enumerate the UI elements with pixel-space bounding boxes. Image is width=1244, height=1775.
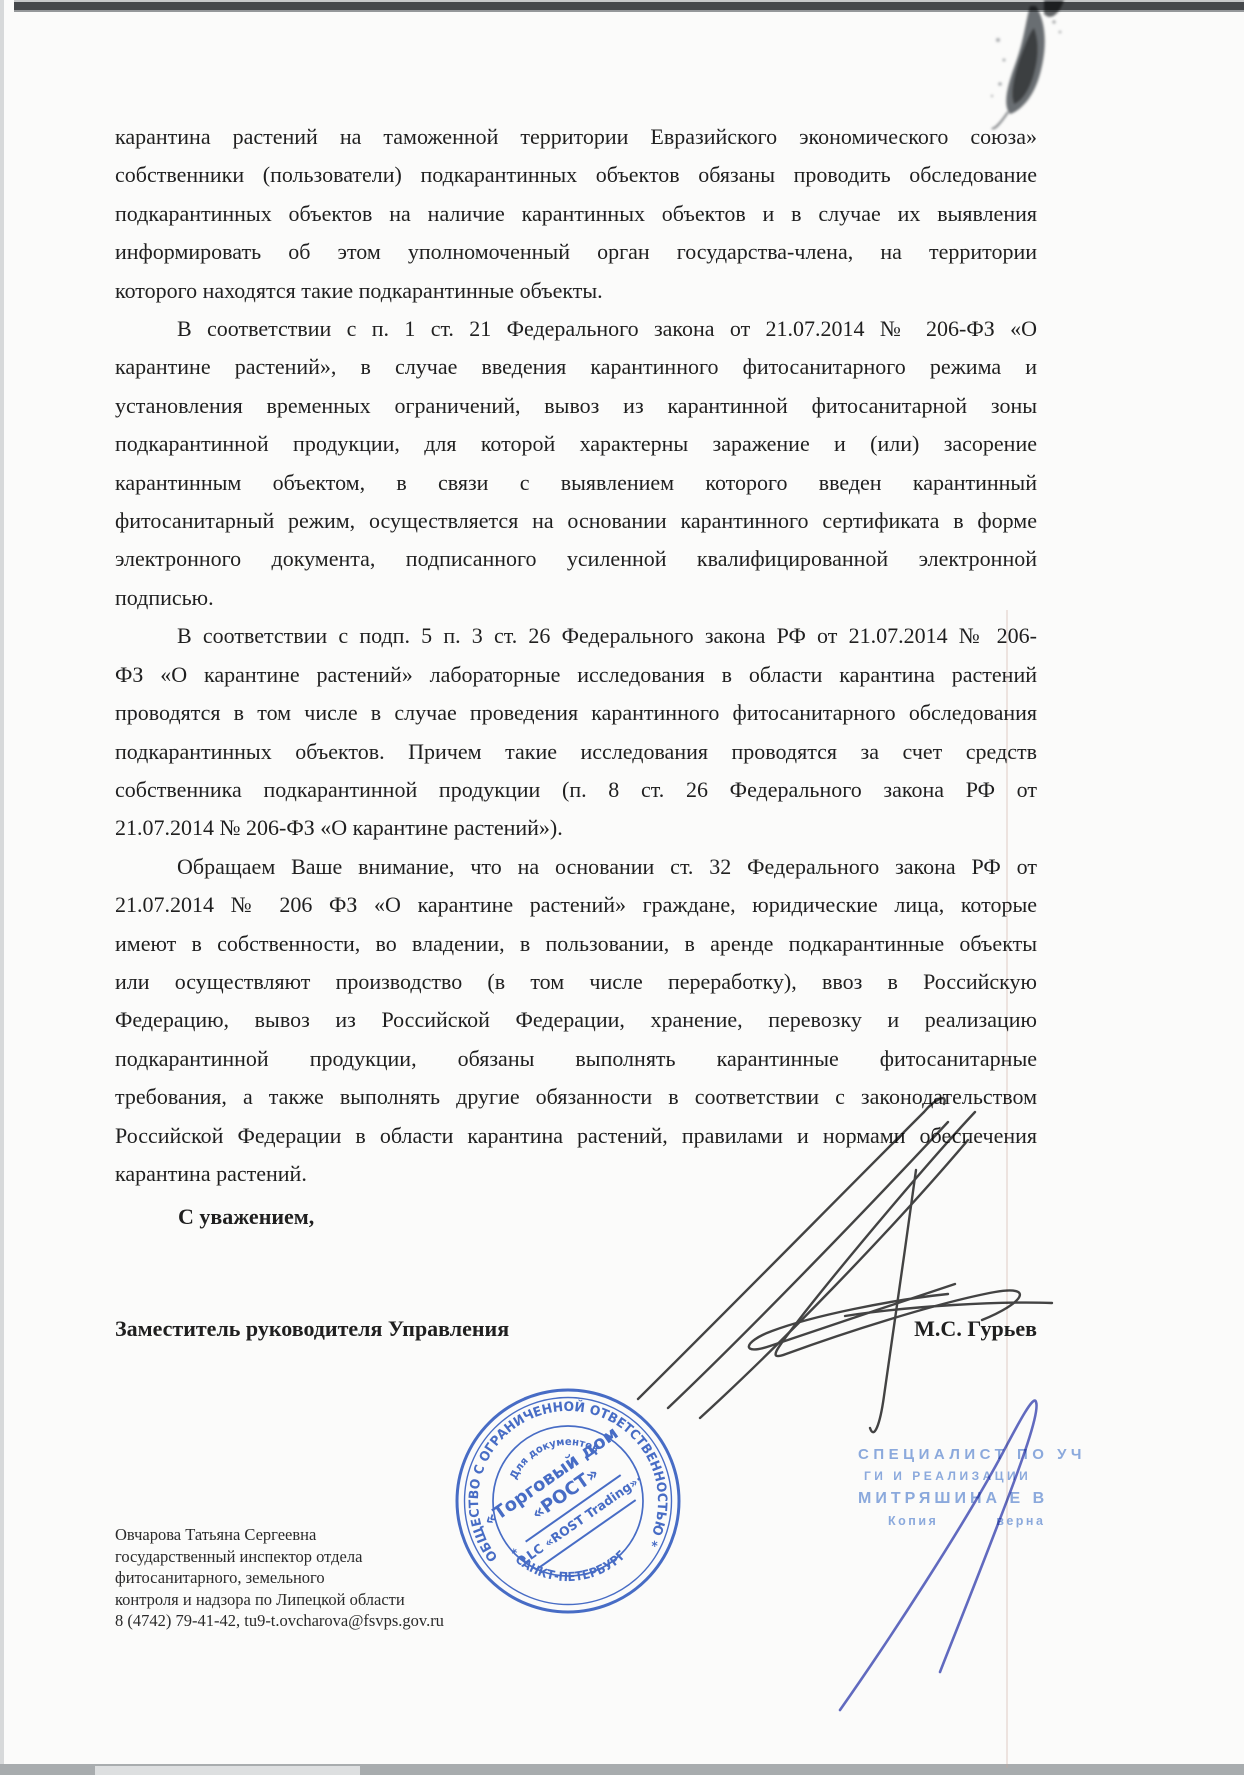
text-line: фитосанитарный режим, осуществляется на … bbox=[115, 502, 1037, 540]
copy-stamp-word: верна bbox=[996, 1514, 1045, 1528]
text-line: карантина растений на таможенной террито… bbox=[115, 118, 1037, 156]
text-line: карантине растений», в случае введения к… bbox=[115, 348, 1037, 386]
copy-stamp-word: Копия bbox=[888, 1514, 938, 1528]
scan-edge-top bbox=[14, 2, 1244, 10]
copy-certification-stamp: СПЕЦИАЛИСТ ПО УЧ ГИ И РЕАЛИЗАЦИИ МИТРЯШИ… bbox=[858, 1446, 1086, 1528]
text-line: 21.07.2014 № 206-ФЗ «О карантине растени… bbox=[115, 809, 1037, 847]
company-round-stamp: ОБЩЕСТВО С ОГРАНИЧЕННОЙ ОТВЕТСТВЕННОСТЬЮ… bbox=[448, 1381, 688, 1621]
footer-line: государственный инспектор отдела bbox=[115, 1546, 444, 1568]
footer-line: 8 (4742) 79-41-42, tu9-t.ovcharova@fsvps… bbox=[115, 1610, 444, 1632]
text-line: В соответствии с п. 1 ст. 21 Федеральног… bbox=[115, 310, 1037, 348]
signer-position: Заместитель руководителя Управления bbox=[115, 1316, 509, 1342]
closing-line: С уважением, bbox=[178, 1204, 314, 1230]
contact-block: Овчарова Татьяна Сергеевнагосударственны… bbox=[115, 1524, 444, 1632]
text-line: карантинным объектом, в связи с выявлени… bbox=[115, 464, 1037, 502]
scanned-letter-page: карантина растений на таможенной террито… bbox=[0, 0, 1244, 1775]
footer-line: фитосанитарного, земельного bbox=[115, 1567, 444, 1589]
text-line: подкарантинных объектов. Причем такие ис… bbox=[115, 733, 1037, 771]
footer-line: контроля и надзора по Липецкой области bbox=[115, 1589, 444, 1611]
text-line: установления временных ограничений, выво… bbox=[115, 387, 1037, 425]
text-line: собственники (пользователи) подкарантинн… bbox=[115, 156, 1037, 194]
text-line: собственника подкарантинной продукции (п… bbox=[115, 771, 1037, 809]
signoff-row: Заместитель руководителя Управления М.С.… bbox=[115, 1316, 1037, 1342]
copy-stamp-line: СПЕЦИАЛИСТ ПО УЧ bbox=[858, 1446, 1086, 1463]
letter-body: карантина растений на таможенной террито… bbox=[115, 118, 1037, 1193]
text-line: подписью. bbox=[115, 579, 1037, 617]
text-line: требования, а также выполнять другие обя… bbox=[115, 1078, 1037, 1116]
text-line: которого находятся такие подкарантинные … bbox=[115, 272, 1037, 310]
text-line: Российской Федерации в области карантина… bbox=[115, 1117, 1037, 1155]
text-line: 21.07.2014 № 206 ФЗ «О карантине растени… bbox=[115, 886, 1037, 924]
scan-edge-bottom-patch bbox=[95, 1766, 360, 1775]
text-line: Обращаем Ваше внимание, что на основании… bbox=[115, 848, 1037, 886]
text-line: или осуществляют производство (в том чис… bbox=[115, 963, 1037, 1001]
text-line: подкарантинной продукции, для которой ха… bbox=[115, 425, 1037, 463]
text-line: подкарантинной продукции, обязаны выполн… bbox=[115, 1040, 1037, 1078]
text-line: карантина растений. bbox=[115, 1155, 1037, 1193]
scan-edge-left bbox=[0, 0, 4, 1775]
copy-stamp-line: МИТРЯШИНА Е В bbox=[858, 1490, 1086, 1508]
text-line: имеют в собственности, во владении, в по… bbox=[115, 925, 1037, 963]
footer-line: Овчарова Татьяна Сергеевна bbox=[115, 1524, 444, 1546]
ink-smudge bbox=[991, 0, 1064, 128]
text-line: проводятся в том числе в случае проведен… bbox=[115, 694, 1037, 732]
scan-edge-top-shadow bbox=[14, 10, 1244, 12]
text-line: электронного документа, подписанного уси… bbox=[115, 540, 1037, 578]
copy-stamp-line: ГИ И РЕАЛИЗАЦИИ bbox=[864, 1469, 1086, 1483]
text-line: Федерацию, вывоз из Российской Федерации… bbox=[115, 1001, 1037, 1039]
text-line: информировать об этом уполномоченный орг… bbox=[115, 233, 1037, 271]
signer-name: М.С. Гурьев bbox=[914, 1316, 1037, 1342]
text-line: ФЗ «О карантине растений» лабораторные и… bbox=[115, 656, 1037, 694]
text-line: подкарантинных объектов на наличие каран… bbox=[115, 195, 1037, 233]
text-line: В соответствии с подп. 5 п. 3 ст. 26 Фед… bbox=[115, 617, 1037, 655]
copy-stamp-line: Копия верна bbox=[888, 1514, 1086, 1528]
